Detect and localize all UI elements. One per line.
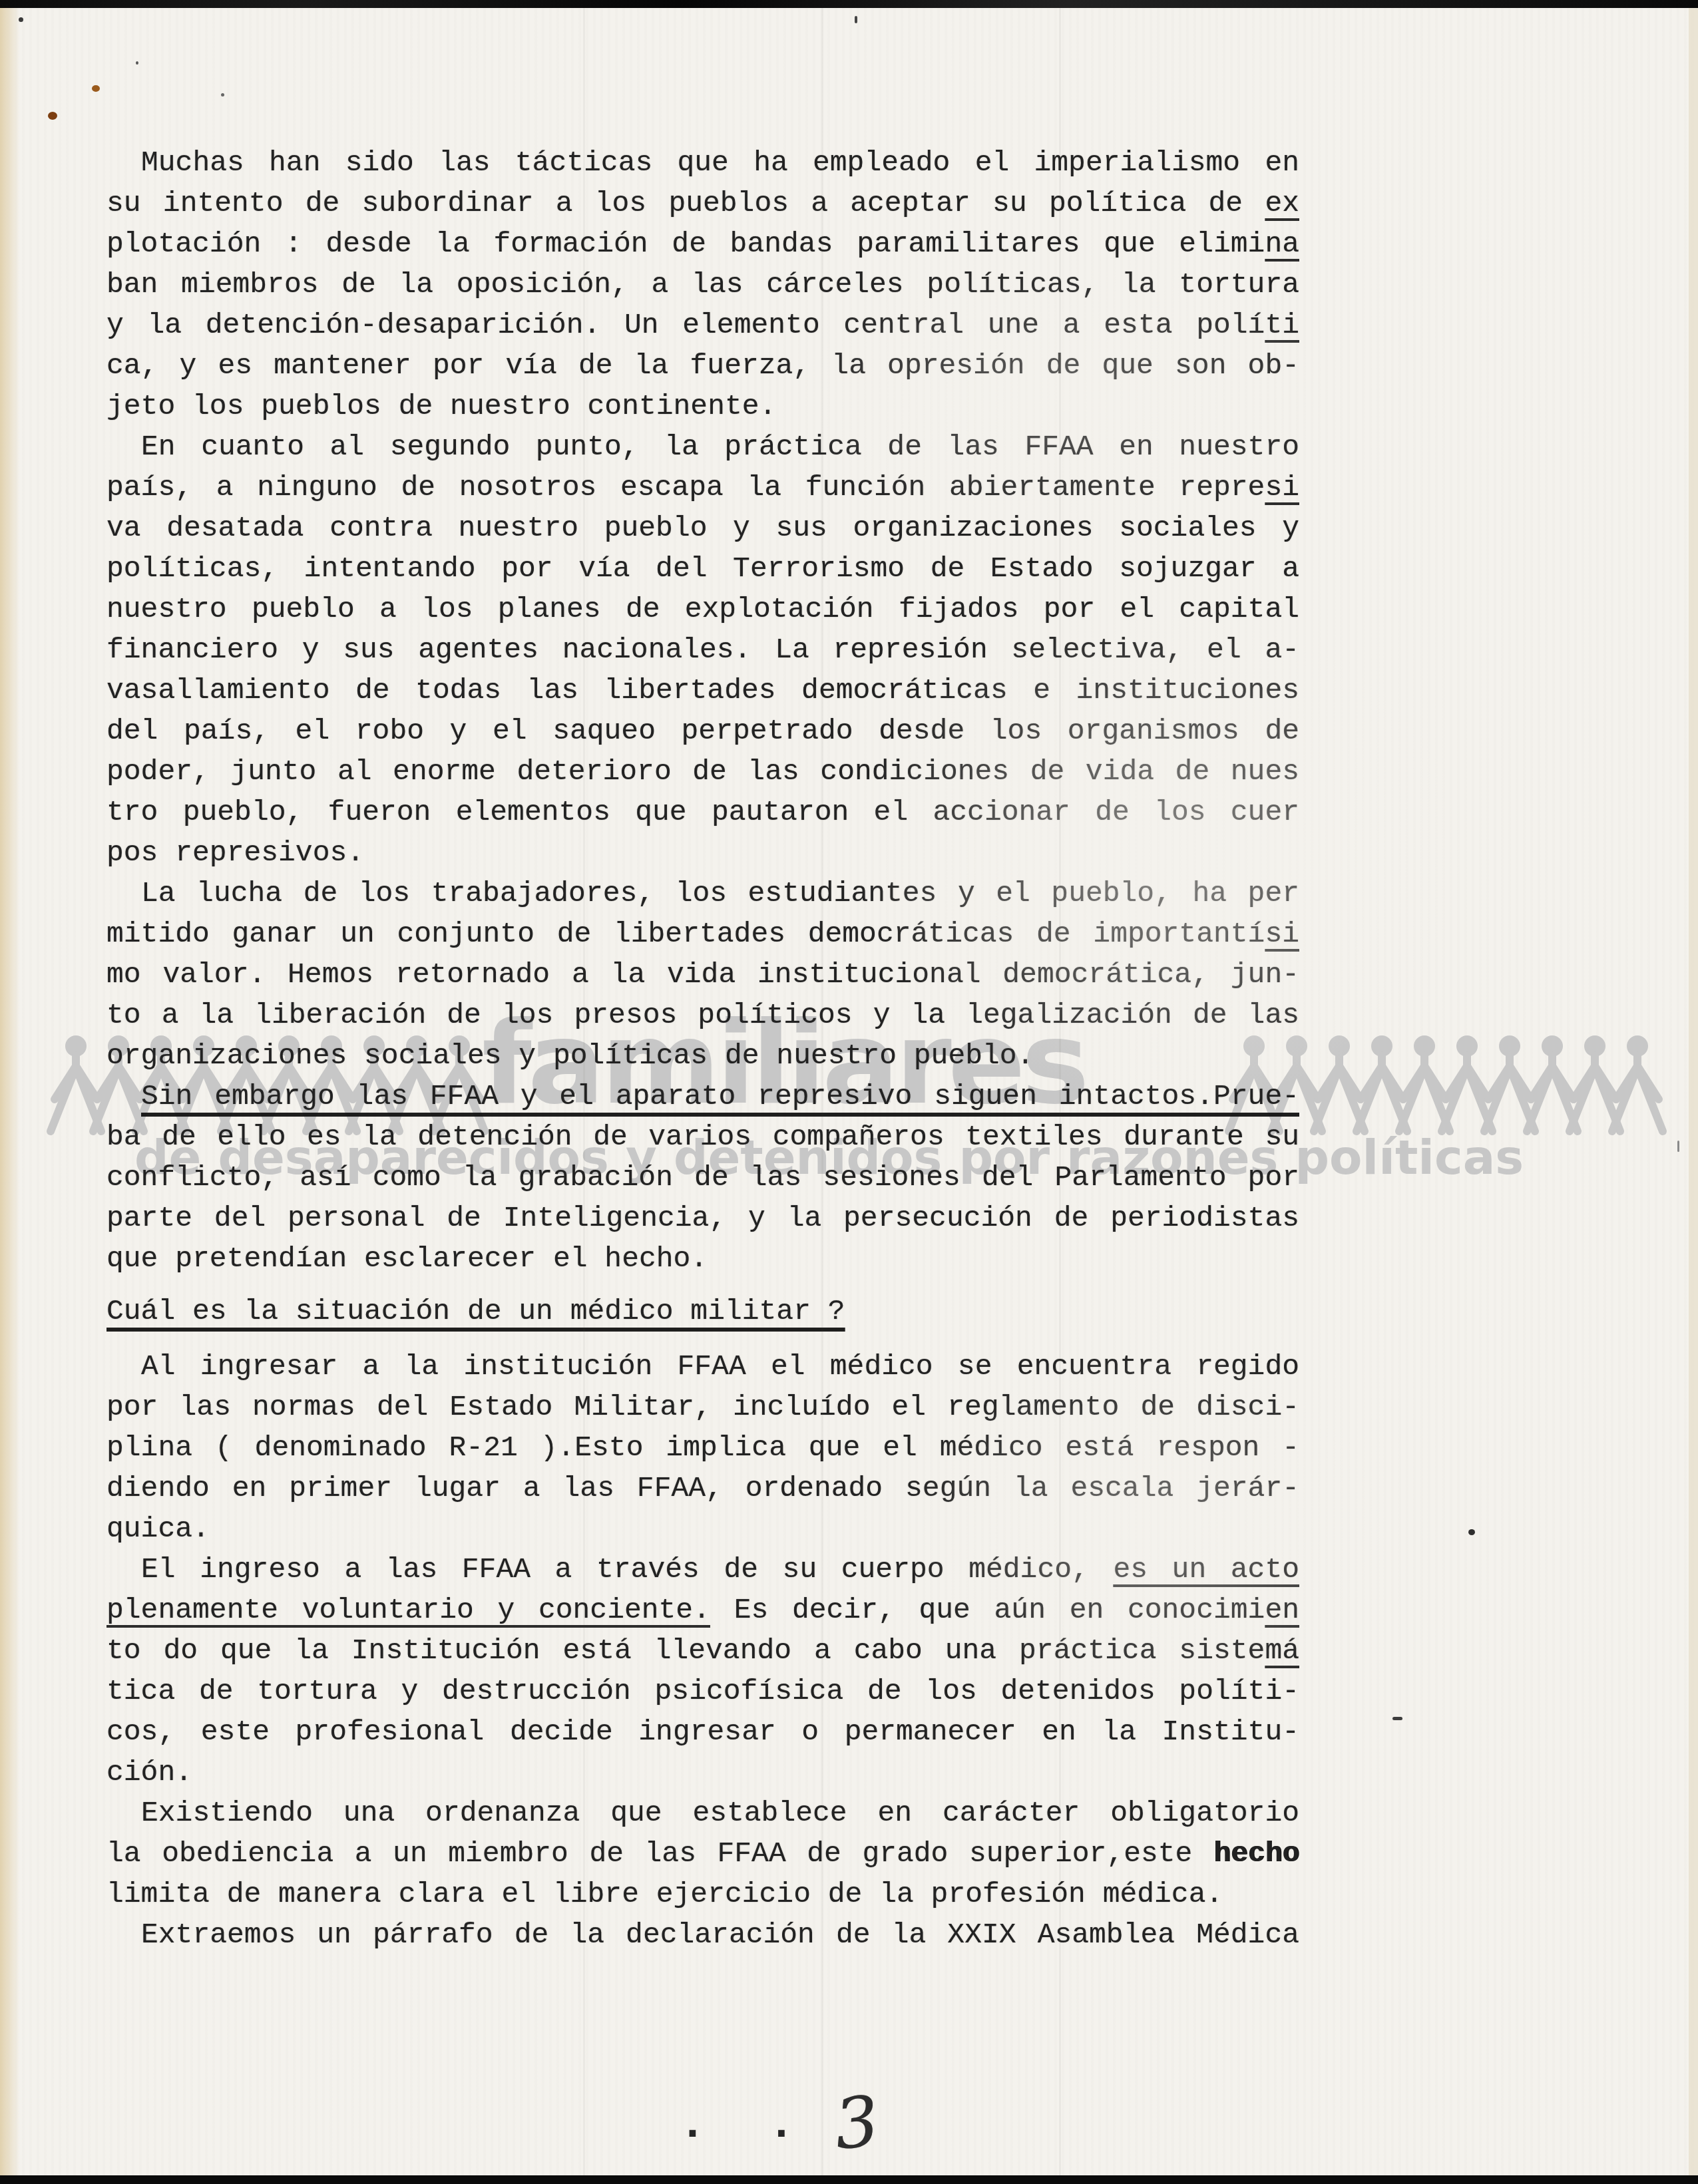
text-line: y la detención-desaparición. Un elemento… — [106, 305, 1299, 345]
text-line: nuestro pueblo a los planes de explotaci… — [106, 589, 1299, 630]
text-line: mitido ganar un conjunto de libertades d… — [106, 914, 1299, 954]
text-line: to do que la Institución está llevando a… — [106, 1630, 1299, 1671]
ink-speck — [19, 17, 23, 22]
text-segment: su intento de subordinar a los pueblos a… — [106, 187, 1265, 220]
text-segment: Es decir, que aún en conocimi — [710, 1594, 1265, 1626]
text-segment: plenamente voluntario y conciente. — [106, 1594, 710, 1626]
text-line: plina ( denominado R-21 ).Esto implica q… — [106, 1427, 1299, 1468]
text-segment: hecho — [1213, 1837, 1299, 1870]
text-segment: por las normas del Estado Militar, inclu… — [106, 1391, 1299, 1423]
text-segment: Existiendo una ordenanza que establece e… — [141, 1797, 1299, 1829]
paragraph: Extraemos un párrafo de la declaración d… — [106, 1914, 1299, 1955]
text-segment: mo valor. Hemos retornado a la vida inst… — [106, 958, 1299, 991]
paragraph: Existiendo una ordenanza que establece e… — [106, 1793, 1299, 1914]
text-segment: organizaciones sociales y políticas de n… — [106, 1039, 1034, 1072]
ink-speck — [221, 93, 224, 96]
text-segment: va desatada contra nuestro pueblo y sus … — [106, 512, 1299, 544]
text-line: cos, este profesional decide ingresar o … — [106, 1712, 1299, 1752]
text-segment: en — [1265, 1594, 1299, 1626]
text-segment: diendo en primer lugar a las FFAA, orden… — [106, 1472, 1299, 1505]
text-segment: es un acto — [1113, 1553, 1299, 1586]
text-line: to a la liberación de los presos polític… — [106, 995, 1299, 1035]
text-segment: Extraemos un párrafo de la declaración d… — [141, 1918, 1299, 1951]
text-segment: to a la liberación de los presos polític… — [106, 999, 1299, 1031]
ink-speck — [1677, 1141, 1679, 1152]
text-segment: plotación : desde la formación de bandas… — [106, 228, 1265, 260]
text-line: poder, junto al enorme deterioro de las … — [106, 751, 1299, 792]
text-line: la obediencia a un miembro de las FFAA d… — [106, 1833, 1299, 1874]
fold-crease — [583, 0, 585, 2184]
text-segment: ción. — [106, 1756, 192, 1789]
text-line: organizaciones sociales y políticas de n… — [106, 1035, 1299, 1076]
text-segment: que pretendían esclarecer el hecho. — [106, 1242, 708, 1275]
text-line: su intento de subordinar a los pueblos a… — [106, 183, 1299, 224]
text-segment: El ingreso a las FFAA a través de su cue… — [141, 1553, 1113, 1586]
text-segment: cos, este profesional decide ingresar o … — [106, 1716, 1299, 1748]
text-segment: financiero y sus agentes nacionales. La … — [106, 634, 1299, 666]
text-line: Sin embargo las FFAA y el aparato repres… — [106, 1076, 1299, 1117]
text-line: tro pueblo, fueron elementos que pautaro… — [106, 792, 1299, 832]
page-number: 3 — [831, 2086, 883, 2159]
scanned-document-page: familiares de desaparecidos y detenidos … — [0, 0, 1698, 2184]
text-segment: tro pueblo, fueron elementos que pautaro… — [106, 796, 1299, 828]
text-line: parte del personal de Inteligencia, y la… — [106, 1198, 1299, 1238]
text-block: Muchas han sido las tácticas que ha empl… — [106, 142, 1299, 1955]
fold-crease — [821, 0, 823, 2184]
rust-stain — [92, 85, 100, 92]
ink-speck — [136, 61, 138, 65]
text-segment: nuestro pueblo a los planes de explotaci… — [106, 593, 1299, 626]
text-line: Muchas han sido las tácticas que ha empl… — [106, 142, 1299, 183]
scan-bottom-edge — [0, 2175, 1698, 2184]
text-line: ción. — [106, 1752, 1299, 1793]
text-line: jeto los pueblos de nuestro continente. — [106, 386, 1299, 427]
rust-stain — [48, 112, 57, 120]
text-line: quica. — [106, 1509, 1299, 1549]
paragraph: La lucha de los trabajadores, los estudi… — [106, 873, 1299, 1076]
text-line: que pretendían esclarecer el hecho. — [106, 1238, 1299, 1279]
section-heading: Cuál es la situación de un médico milita… — [106, 1291, 1299, 1332]
text-segment: del país, el robo y el saqueo perpetrado… — [106, 715, 1299, 747]
paragraph: En cuanto al segundo punto, la práctica … — [106, 427, 1299, 873]
page-number-dots: . . — [679, 2103, 812, 2157]
text-segment: ba de ello es la detención de varios com… — [106, 1121, 1299, 1153]
text-segment: conflicto, así como la grabación de las … — [106, 1161, 1299, 1194]
text-line: mo valor. Hemos retornado a la vida inst… — [106, 954, 1299, 995]
text-line: vasallamiento de todas las libertades de… — [106, 670, 1299, 711]
text-line: país, a ninguno de nosotros escapa la fu… — [106, 467, 1299, 508]
text-line: El ingreso a las FFAA a través de su cue… — [106, 1549, 1299, 1590]
text-line: Al ingresar a la institución FFAA el méd… — [106, 1346, 1299, 1387]
paragraph: Sin embargo las FFAA y el aparato repres… — [106, 1076, 1299, 1279]
text-segment: si — [1265, 471, 1299, 504]
text-segment: ban miembros de la oposición, a las cárc… — [106, 268, 1299, 301]
ink-speck — [855, 16, 857, 23]
text-segment: plina ( denominado R-21 ).Esto implica q… — [106, 1431, 1299, 1464]
text-line: Existiendo una ordenanza que establece e… — [106, 1793, 1299, 1833]
text-segment: ex — [1265, 187, 1299, 220]
text-segment: má — [1265, 1634, 1299, 1667]
text-line: ca, y es mantener por vía de la fuerza, … — [106, 345, 1299, 386]
paragraph: El ingreso a las FFAA a través de su cue… — [106, 1549, 1299, 1793]
text-line: del país, el robo y el saqueo perpetrado… — [106, 711, 1299, 751]
page-footer: . . 3 — [679, 2088, 879, 2157]
fold-crease — [1059, 0, 1061, 2184]
text-segment: La lucha de los trabajadores, los estudi… — [141, 877, 1299, 910]
text-segment: la obediencia a un miembro de las FFAA d… — [106, 1837, 1213, 1870]
text-segment: y la detención-desaparición. Un elemento… — [106, 309, 1265, 341]
text-segment: país, a ninguno de nosotros escapa la fu… — [106, 471, 1265, 504]
text-segment: Sin embargo las FFAA y el aparato repres… — [141, 1080, 1299, 1113]
text-segment: vasallamiento de todas las libertades de… — [106, 674, 1299, 707]
scan-right-edge — [1689, 0, 1698, 2184]
text-segment: Muchas han sido las tácticas que ha empl… — [141, 146, 1299, 179]
paragraph: Muchas han sido las tácticas que ha empl… — [106, 142, 1299, 427]
text-line: diendo en primer lugar a las FFAA, orden… — [106, 1468, 1299, 1509]
ink-speck — [1392, 1717, 1402, 1720]
scan-left-edge — [0, 0, 20, 2184]
text-line: por las normas del Estado Militar, inclu… — [106, 1387, 1299, 1427]
text-line: conflicto, así como la grabación de las … — [106, 1157, 1299, 1198]
text-line: ban miembros de la oposición, a las cárc… — [106, 264, 1299, 305]
text-segment: to do que la Institución está llevando a… — [106, 1634, 1265, 1667]
text-line: políticas, intentando por vía del Terror… — [106, 548, 1299, 589]
text-line: pos represivos. — [106, 832, 1299, 873]
text-line: plotación : desde la formación de bandas… — [106, 224, 1299, 264]
paragraph: Al ingresar a la institución FFAA el méd… — [106, 1346, 1299, 1549]
text-segment: ti — [1265, 309, 1299, 341]
text-segment: mitido ganar un conjunto de libertades d… — [106, 918, 1265, 950]
text-line: En cuanto al segundo punto, la práctica … — [106, 427, 1299, 467]
text-segment: Al ingresar a la institución FFAA el méd… — [141, 1350, 1299, 1383]
ink-speck — [1468, 1529, 1475, 1535]
text-segment: jeto los pueblos de nuestro continente. — [106, 390, 776, 423]
text-segment: si — [1265, 918, 1299, 950]
text-segment: pos represivos. — [106, 836, 364, 869]
text-segment: En cuanto al segundo punto, la práctica … — [141, 431, 1299, 463]
text-segment: políticas, intentando por vía del Terror… — [106, 552, 1299, 585]
section-heading-label: Cuál es la situación de un médico milita… — [106, 1295, 845, 1328]
text-line: plenamente voluntario y conciente. Es de… — [106, 1590, 1299, 1630]
text-line: La lucha de los trabajadores, los estudi… — [106, 873, 1299, 914]
text-line: ba de ello es la detención de varios com… — [106, 1117, 1299, 1157]
text-line: limita de manera clara el libre ejercici… — [106, 1874, 1299, 1914]
text-segment: ca, y es mantener por vía de la fuerza, … — [106, 349, 1299, 382]
text-segment: limita de manera clara el libre ejercici… — [106, 1878, 1223, 1911]
text-line: va desatada contra nuestro pueblo y sus … — [106, 508, 1299, 548]
text-segment: parte del personal de Inteligencia, y la… — [106, 1202, 1299, 1234]
scan-top-edge — [0, 0, 1698, 8]
text-segment: quica. — [106, 1513, 210, 1545]
text-line: Extraemos un párrafo de la declaración d… — [106, 1914, 1299, 1955]
text-line: financiero y sus agentes nacionales. La … — [106, 630, 1299, 670]
text-line: tica de tortura y destrucción psicofísic… — [106, 1671, 1299, 1712]
text-segment: poder, junto al enorme deterioro de las … — [106, 755, 1299, 788]
text-segment: tica de tortura y destrucción psicofísic… — [106, 1675, 1299, 1708]
text-segment: na — [1265, 228, 1299, 260]
